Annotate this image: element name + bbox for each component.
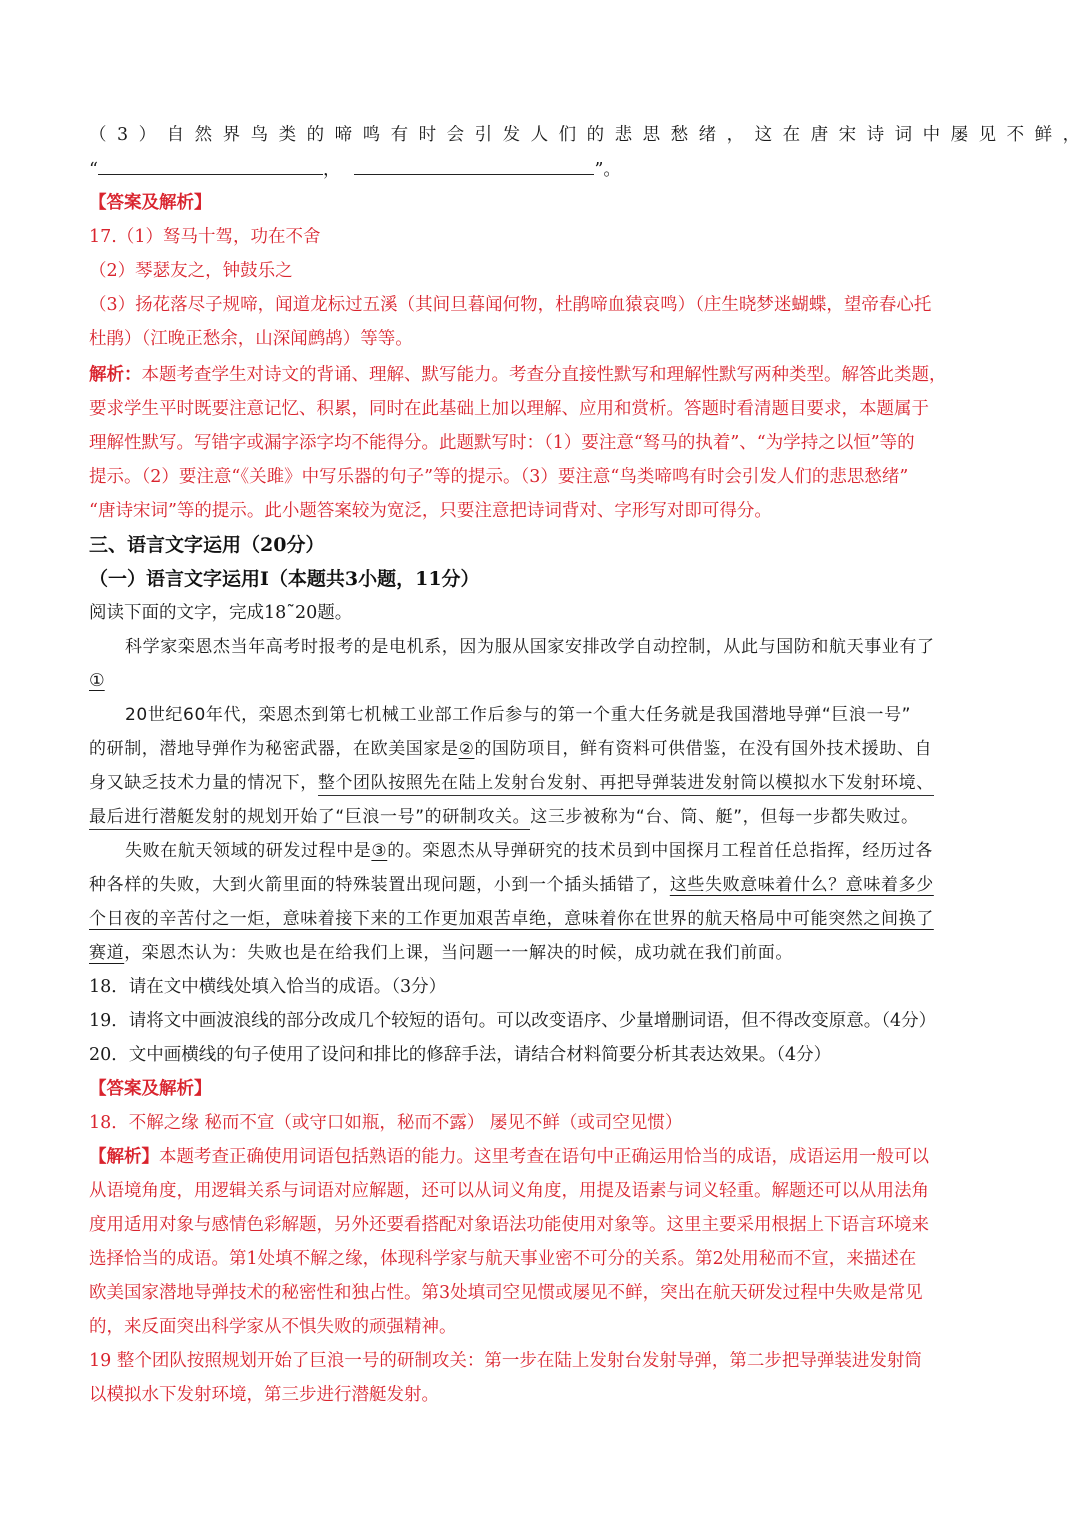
q17-answer-2: （2）琴瑟友之，钟鼓乐之 xyxy=(89,254,293,288)
passage-p2-line1: 20世纪60年代，栾恩杰到第七机械工业部工作后参与的第一个重大任务就是我国潜地导… xyxy=(89,698,911,732)
q17-analysis-line3: 理解性默写。写错字或漏字添字均不能得分。此题默写时：（1）要注意“驽马的执着”、… xyxy=(89,426,915,460)
passage-p3-line1: 失败在航天领域的研发过程中是③的。栾恩杰从导弹研究的技术员到中国探月工程首任总指… xyxy=(89,834,933,868)
q17-part3-blanks: “，”。 xyxy=(89,152,621,187)
answer-18-analysis-line4: 选择恰当的成语。第1处填不解之缘，体现科学家与航天事业密不可分的关系。第2处用秘… xyxy=(89,1242,916,1276)
fill-blank-2[interactable] xyxy=(354,152,594,175)
answer-18-analysis-line2: 从语境角度，用逻辑关系与词语对应解题，还可以从词义角度，用提及语素与词义轻重。解… xyxy=(89,1174,929,1208)
q17-analysis-line2: 要求学生平时既要注意记忆、积累，同时在此基础上加以理解、应用和赏析。答题时看清题… xyxy=(89,392,929,426)
section-subtitle: （一）语言文字运用Ⅰ（本题共3小题，11分） xyxy=(89,562,480,596)
answer-header-2: 【答案及解析】 xyxy=(89,1072,212,1106)
fill-blank-1[interactable] xyxy=(98,152,323,175)
answer-19-line1: 19 整个团队按照规划开始了巨浪一号的研制攻关：第一步在陆上发射台发射导弹，第二… xyxy=(89,1344,922,1378)
question-19: 19．请将文中画波浪线的部分改成几个较短的语句。可以改变语序、少量增删词语，但不… xyxy=(89,1004,936,1038)
open-quote: “ xyxy=(89,160,98,180)
underlined-sentence: 这些失败意味着什么？意味着多少 xyxy=(670,875,934,895)
passage-p1-line1: 科学家栾恩杰当年高考时报考的是电机系，因为服从国家安排改学自动控制，从此与国防和… xyxy=(89,630,935,664)
passage-p3-line3: 个日夜的辛苦付之一炬，意味着接下来的工作更加艰苦卓绝，意味着你在世界的航天格局中… xyxy=(89,902,934,936)
question-20: 20．文中画横线的句子使用了设问和排比的修辞手法，请结合材料简要分析其表达效果。… xyxy=(89,1038,831,1072)
analysis-label-2: 【解析】 xyxy=(89,1147,159,1167)
passage-p2-line4: 最后进行潜艇发射的规划开始了“巨浪一号”的研制攻关。这三步被称为“台、筒、艇”，… xyxy=(89,800,919,834)
passage-p2-line3: 身又缺乏技术力量的情况下，整个团队按照先在陆上发射台发射、再把导弹装进发射筒以模… xyxy=(89,766,934,800)
section-instruction: 阅读下面的文字，完成18˜20题。 xyxy=(89,596,352,630)
section-title: 三、语言文字运用（20分） xyxy=(89,528,324,562)
answer-18-analysis-line3: 度用适用对象与感情色彩解题，另外还要看搭配对象语法功能使用对象等。这里主要采用根… xyxy=(89,1208,929,1242)
q17-analysis-line1: 解析：本题考查学生对诗文的背诵、理解、默写能力。考查分直接性默写和理解性默写两种… xyxy=(89,358,947,392)
passage-p1-blank: ① xyxy=(89,664,105,698)
q17-analysis-line4: 提示。（2）要注意“《关雎》中写乐器的句子”等的提示。（3）要注意“鸟类啼鸣有时… xyxy=(89,460,908,494)
q17-analysis-line5: “唐诗宋词”等的提示。此小题答案较为宽泛，只要注意把诗词背对、字形写对即可得分。 xyxy=(89,494,772,528)
q17-answer-3-line1: （3）扬花落尽子规啼，闻道龙标过五溪（其间旦暮闻何物，杜鹃啼血猿哀鸣）（庄生晓梦… xyxy=(89,288,931,322)
wavy-underline-sentence-end: 最后进行潜艇发射的规划开始了“巨浪一号”的研制攻关。 xyxy=(89,807,530,830)
underlined-sentence-end: 赛道 xyxy=(89,943,124,963)
answer-19-line2: 以模拟水下发射环境，第三步进行潜艇发射。 xyxy=(89,1378,439,1412)
blank-marker-3[interactable]: ③ xyxy=(371,841,387,861)
answer-18-analysis-line5: 欧美国家潜地导弹技术的秘密性和独占性。第3处填司空见惯或屡见不鲜，突出在航天研发… xyxy=(89,1276,923,1310)
q17-answer-3-line2: 杜鹃）（江晚正愁余，山深闻鹧鸪）等等。 xyxy=(89,322,413,356)
answer-18-analysis-line1: 【解析】本题考查正确使用词语包括熟语的能力。这里考查在语句中正确运用恰当的成语，… xyxy=(89,1140,929,1174)
close-quote: ”。 xyxy=(594,160,620,180)
wavy-underline-sentence: 整个团队按照先在陆上发射台发射、再把导弹装进发射筒以模拟水下发射环境、 xyxy=(318,773,934,796)
answer-18-analysis-line6: 的，来反面突出科学家从不惧失败的顽强精神。 xyxy=(89,1310,457,1344)
answer-header-1: 【答案及解析】 xyxy=(89,186,212,220)
blank-marker-2[interactable]: ② xyxy=(459,739,475,759)
question-18: 18．请在文中横线处填入恰当的成语。（3分） xyxy=(89,970,446,1004)
passage-p3-line4: 赛道，栾恩杰认为：失败也是在给我们上课，当问题一一解决的时候，成功就在我们前面。 xyxy=(89,936,793,970)
answer-18: 18．不解之缘 秘而不宣（或守口如瓶，秘而不露） 屡见不鲜（或司空见惯） xyxy=(89,1106,682,1140)
passage-p2-line2: 的研制，潜地导弹作为秘密武器，在欧美国家是②的国防项目，鲜有资料可供借鉴，在没有… xyxy=(89,732,932,766)
passage-p3-line2: 种各样的失败，大到火箭里面的特殊装置出现问题，小到一个插头插错了，这些失败意味着… xyxy=(89,868,934,902)
analysis-label: 解析： xyxy=(89,365,142,385)
comma: ， xyxy=(323,160,341,180)
underlined-sentence-cont: 个日夜的辛苦付之一炬，意味着接下来的工作更加艰苦卓绝，意味着你在世界的航天格局中… xyxy=(89,909,934,929)
q17-part3-prompt: （3）自然界鸟类的啼鸣有时会引发人们的悲思愁绪，这在唐宋诗词中屡见不鲜，如 xyxy=(89,118,1080,152)
q17-answer-1: 17.（1）驽马十驾，功在不舍 xyxy=(89,220,320,254)
blank-marker-1[interactable]: ① xyxy=(89,671,105,691)
